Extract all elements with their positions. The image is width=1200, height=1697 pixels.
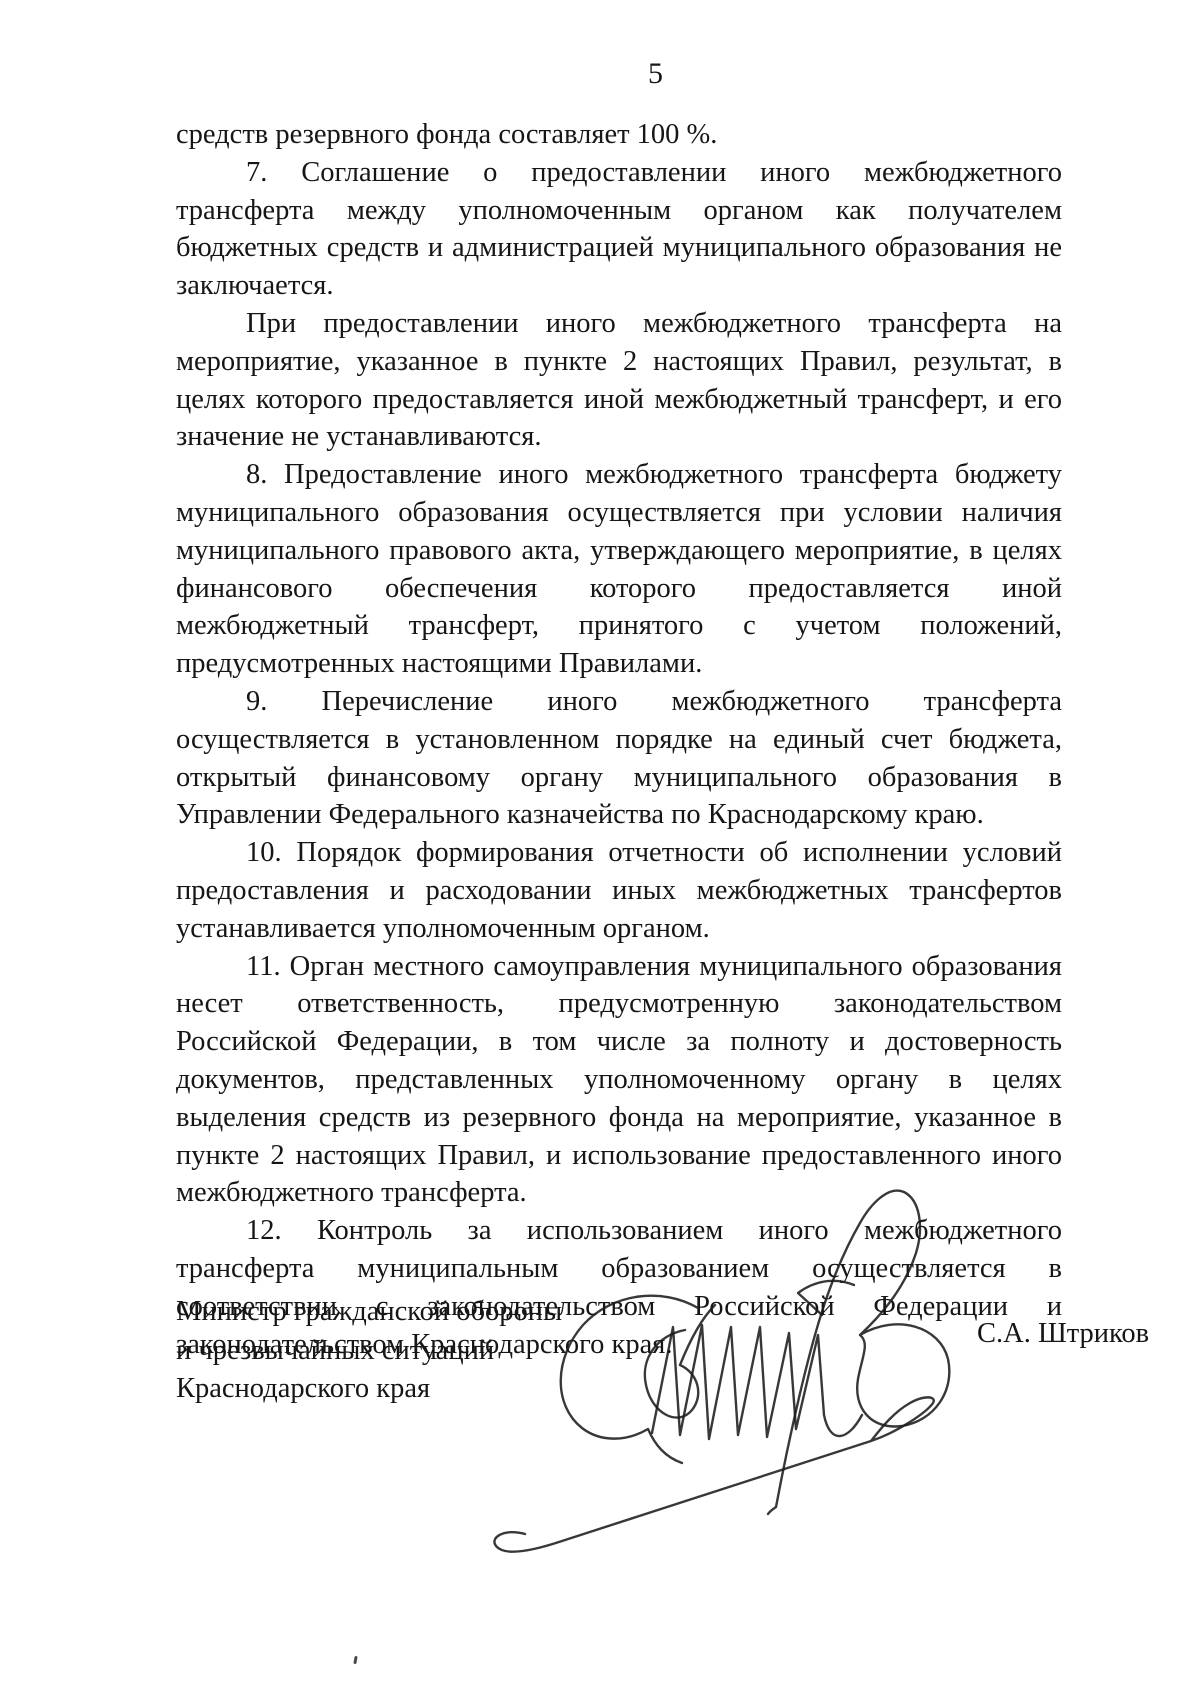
- paragraph: 9. Перечисление иного межбюджетного тран…: [176, 683, 1062, 834]
- stray-ink-mark: [353, 1656, 357, 1664]
- paragraph: средств резервного фонда составляет 100 …: [176, 116, 1062, 154]
- signer-name: С.А. Штриков: [977, 1318, 1149, 1350]
- paragraph: 7. Соглашение о предоставлении иного меж…: [176, 154, 1062, 305]
- page-number: 5: [648, 58, 663, 90]
- paragraph: 8. Предоставление иного межбюджетного тр…: [176, 456, 1062, 683]
- paragraph: 10. Порядок формирования отчетности об и…: [176, 834, 1062, 947]
- paragraph: При предоставлении иного межбюджетного т…: [176, 305, 1062, 456]
- handwritten-signature-icon: [430, 1115, 1030, 1585]
- document-page: 5 средств резервного фонда составляет 10…: [0, 0, 1200, 1697]
